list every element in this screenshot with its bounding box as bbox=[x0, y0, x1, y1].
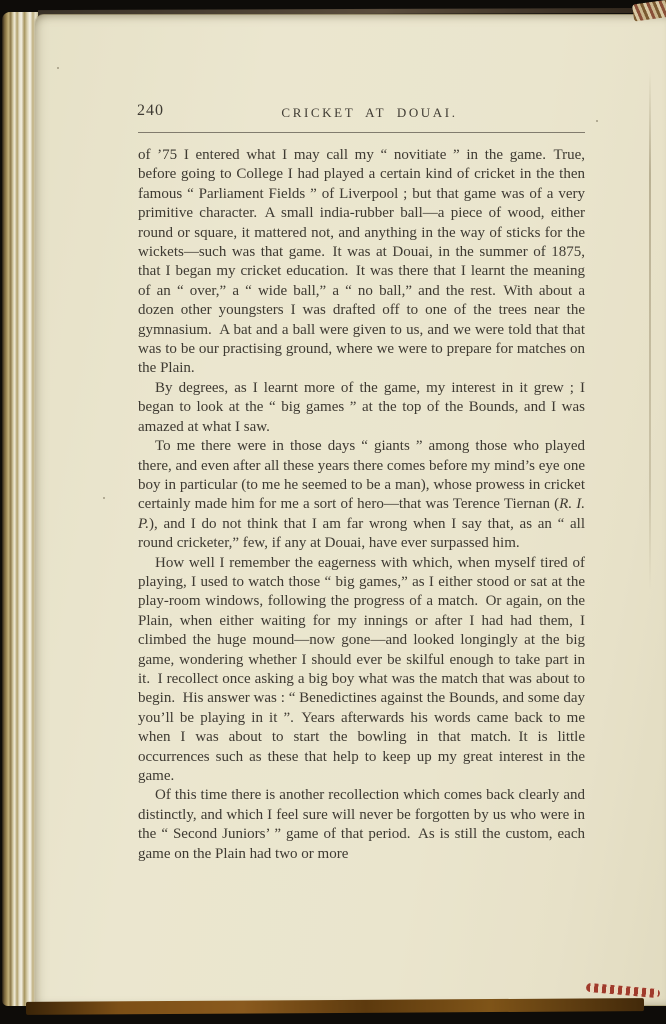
paragraph-3-text: To me there were in those days “ giants … bbox=[138, 438, 585, 512]
paragraph-2-text: By degrees, as I learnt more of the game… bbox=[138, 380, 585, 435]
paper-speck bbox=[596, 120, 598, 122]
paragraph-4: How well I remember the eagerness with w… bbox=[138, 554, 585, 787]
page-header: 240 CRICKET AT DOUAI. bbox=[138, 101, 585, 123]
header-rule bbox=[138, 132, 585, 133]
paragraph-3: To me there were in those days “ giants … bbox=[138, 437, 585, 553]
paragraph-5-text: Of this time there is another recollecti… bbox=[138, 787, 585, 861]
page-crease bbox=[649, 70, 651, 590]
printed-page-content: 240 CRICKET AT DOUAI. of ’75 I entered w… bbox=[138, 101, 585, 864]
paper-speck bbox=[103, 497, 105, 499]
body-text: of ’75 I entered what I may call my “ no… bbox=[138, 146, 585, 864]
running-head: CRICKET AT DOUAI. bbox=[146, 101, 593, 121]
paragraph-4-text: How well I remember the eagerness with w… bbox=[138, 555, 585, 784]
book-cover-bottom-edge bbox=[26, 998, 644, 1015]
paragraph-1: of ’75 I entered what I may call my “ no… bbox=[138, 146, 585, 379]
paragraph-1-text: of ’75 I entered what I may call my “ no… bbox=[138, 147, 585, 376]
paragraph-3-text-end: ), and I do not think that I am far wron… bbox=[138, 516, 585, 551]
paper-speck bbox=[57, 67, 59, 69]
paragraph-5: Of this time there is another recollecti… bbox=[138, 786, 585, 864]
paragraph-2: By degrees, as I learnt more of the game… bbox=[138, 379, 585, 437]
book-page-edges bbox=[2, 12, 38, 1006]
